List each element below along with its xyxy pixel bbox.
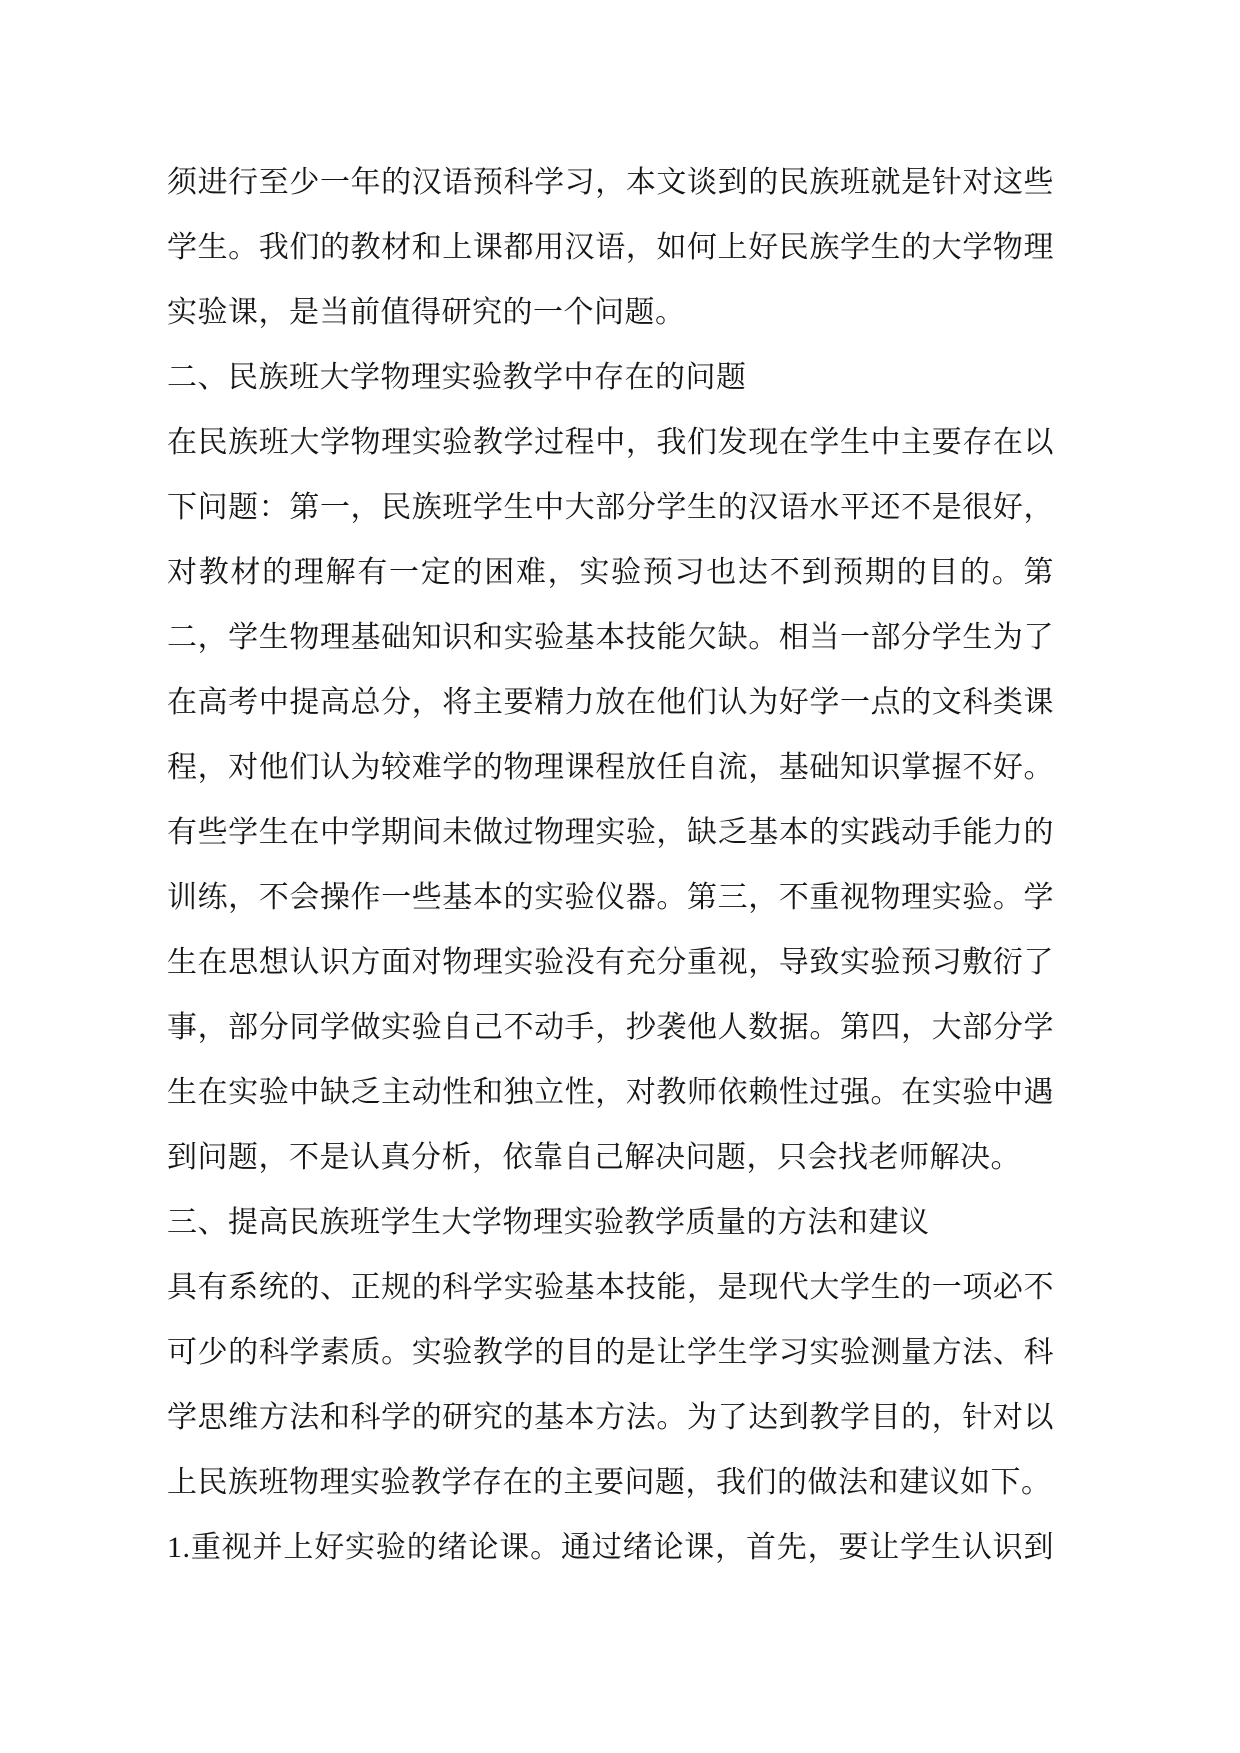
text-line: 到问题，不是认真分析，依靠自己解决问题，只会找老师解决。 [167, 1125, 1054, 1190]
text-line: 学生。我们的教材和上课都用汉语，如何上好民族学生的大学物理 [167, 215, 1054, 280]
text-line: 实验课，是当前值得研究的一个问题。 [167, 280, 1054, 345]
text-line: 学思维方法和科学的研究的基本方法。为了达到教学目的，针对以 [167, 1385, 1054, 1450]
text-line: 生在实验中缺乏主动性和独立性，对教师依赖性过强。在实验中遇 [167, 1060, 1054, 1125]
text-line: 上民族班物理实验教学存在的主要问题，我们的做法和建议如下。 [167, 1450, 1054, 1515]
text-line: 在高考中提高总分，将主要精力放在他们认为好学一点的文科类课 [167, 670, 1054, 735]
text-line: 事，部分同学做实验自己不动手，抄袭他人数据。第四，大部分学 [167, 995, 1054, 1060]
document-page: 须进行至少一年的汉语预科学习，本文谈到的民族班就是针对这些学生。我们的教材和上课… [0, 0, 1240, 1753]
text-line: 具有系统的、正规的科学实验基本技能，是现代大学生的一项必不 [167, 1255, 1054, 1320]
text-line: 在民族班大学物理实验教学过程中，我们发现在学生中主要存在以 [167, 410, 1054, 475]
text-line: 生在思想认识方面对物理实验没有充分重视，导致实验预习敷衍了 [167, 930, 1054, 995]
text-line: 程，对他们认为较难学的物理课程放任自流，基础知识掌握不好。 [167, 735, 1054, 800]
text-line: 二、民族班大学物理实验教学中存在的问题 [167, 345, 1054, 410]
text-line: 须进行至少一年的汉语预科学习，本文谈到的民族班就是针对这些 [167, 150, 1054, 215]
text-line: 三、提高民族班学生大学物理实验教学质量的方法和建议 [167, 1190, 1054, 1255]
text-line: 可少的科学素质。实验教学的目的是让学生学习实验测量方法、科 [167, 1320, 1054, 1385]
text-line: 对教材的理解有一定的困难，实验预习也达不到预期的目的。第 [167, 540, 1054, 605]
text-line: 训练，不会操作一些基本的实验仪器。第三，不重视物理实验。学 [167, 865, 1054, 930]
text-line: 有些学生在中学期间未做过物理实验，缺乏基本的实践动手能力的 [167, 800, 1054, 865]
text-line: 二，学生物理基础知识和实验基本技能欠缺。相当一部分学生为了 [167, 605, 1054, 670]
text-line: 下问题：第一，民族班学生中大部分学生的汉语水平还不是很好， [167, 475, 1054, 540]
text-line: 1.重视并上好实验的绪论课。通过绪论课，首先，要让学生认识到 [167, 1515, 1054, 1580]
document-body: 须进行至少一年的汉语预科学习，本文谈到的民族班就是针对这些学生。我们的教材和上课… [167, 150, 1054, 1580]
